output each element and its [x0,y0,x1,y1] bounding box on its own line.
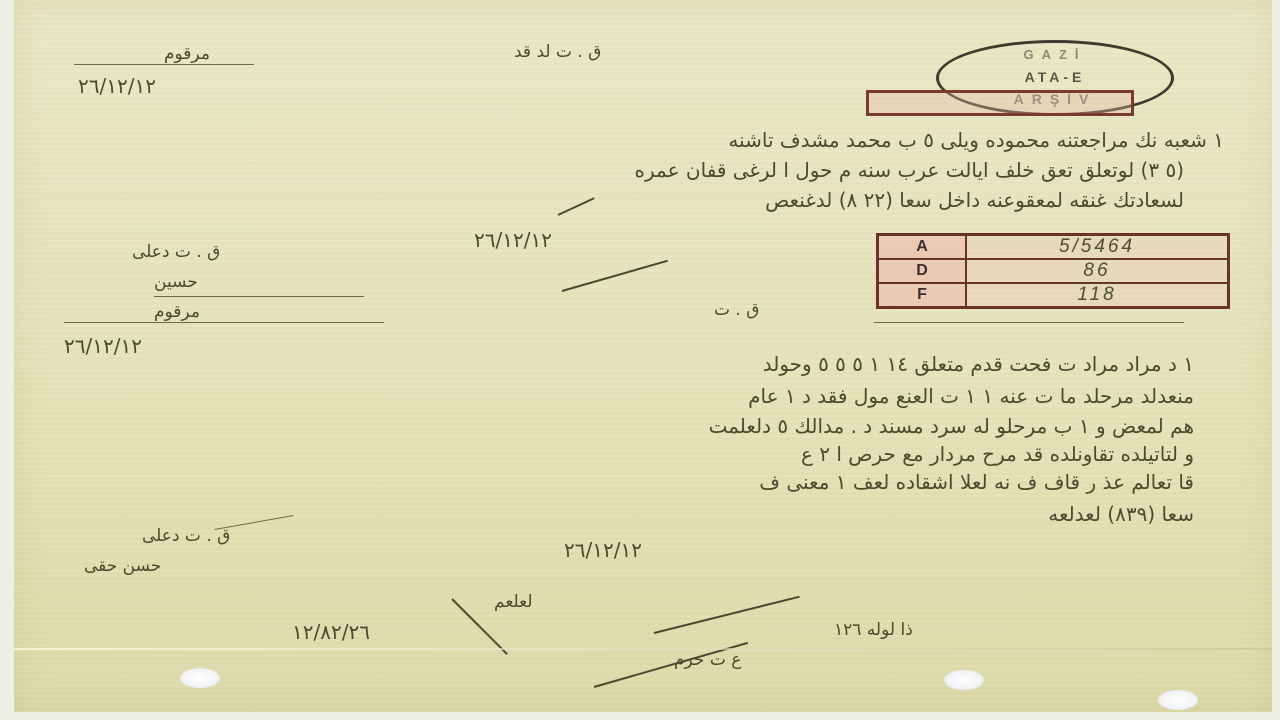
paragraph-1-line-2: (٥ ٣) لوتعلق تعق خلف ايالت عرب سنه م حول… [14,158,1184,182]
block-3-line-1: ق . ت دعلى [142,526,230,546]
signature-word: لعلعم [494,592,533,612]
paragraph-2-closing: سعا (٨٣٩) لعدلعه [474,502,1194,526]
block-2-underline-2 [64,322,384,323]
paragraph-2-line-2: منعدلد مرحلد ما ت عنه ١ ١ ت العنع مول فق… [74,384,1194,408]
reference-row-d: D 86 [878,259,1229,283]
signature-stroke [654,596,800,634]
reference-table: A 5/5464 D 86 F 118 [876,233,1230,309]
header-underline [74,64,254,65]
punch-hole [1158,690,1198,710]
paragraph-2-line-3: هم لمعض و ١ ب مرحلو له سرد مسند د . مدال… [44,414,1194,438]
reference-key: A [878,235,967,260]
reference-key: F [878,283,967,308]
paragraph-1-line-3: لسعادتك غنقه لمعقوعنه داخل سعا (٢٢ ٨) لد… [14,188,1184,212]
check-mark-icon [562,260,668,292]
signature-note: ذا لوله ١٢٦ [834,620,913,640]
paragraph-2-line-4: و لتاتيلده تقاونلده قد مرح مردار مع حرص … [84,442,1194,466]
signature-bottom: ع ت حرم [674,650,741,670]
block-2-right-note: ق . ت [714,300,759,320]
block-2-line-3: مرقوم [154,302,200,322]
block-3-line-2: حسن حقى [84,556,161,576]
punch-hole [180,668,220,688]
stamp-middle-text: ATA-E [939,69,1171,85]
document-page: مرقوم ٢٦/١٢/١٢ ق . ت لد قد GAZİ ATA-E AR… [14,0,1272,712]
punch-hole [944,670,984,690]
reference-row-a: A 5/5464 [878,235,1229,260]
paragraph-1-date: ٢٦/١٢/١٢ [474,228,552,252]
block-2-underline [154,296,364,297]
footer-date: ١٢/٨٢/٢٦ [292,620,370,644]
red-reference-box [866,90,1134,116]
header-center-text: ق . ت لد قد [514,42,601,62]
reference-value: 5/5464 [966,235,1229,260]
block-2-line-2: حسين [154,272,198,292]
paragraph-1-line-1: ١ شعبه نك مراجعتنه محموده ويلى ٥ ب محمد … [54,128,1224,152]
paper-fold-line [14,648,1272,650]
block-2-line-1: ق . ت دعلى [132,242,220,262]
block-2-right-underline [874,322,1184,323]
paragraph-2-date: ٢٦/١٢/١٢ [564,538,642,562]
reference-value: 118 [966,283,1229,308]
reference-value: 86 [966,259,1229,283]
paragraph-2-line-5: قا تعالم عذ ر قاف ف نه لعلا اشقاده لعف ١… [64,470,1194,494]
reference-row-f: F 118 [878,283,1229,308]
header-left-date: ٢٦/١٢/١٢ [78,74,156,98]
paragraph-2-line-1: ١ د مراد مراد ت فحت قدم متعلق ١٤ ١ ٥ ٥ ٥… [74,352,1194,376]
stamp-top-text: GAZİ [939,47,1171,62]
header-left-label: مرقوم [164,44,210,64]
reference-key: D [878,259,967,283]
